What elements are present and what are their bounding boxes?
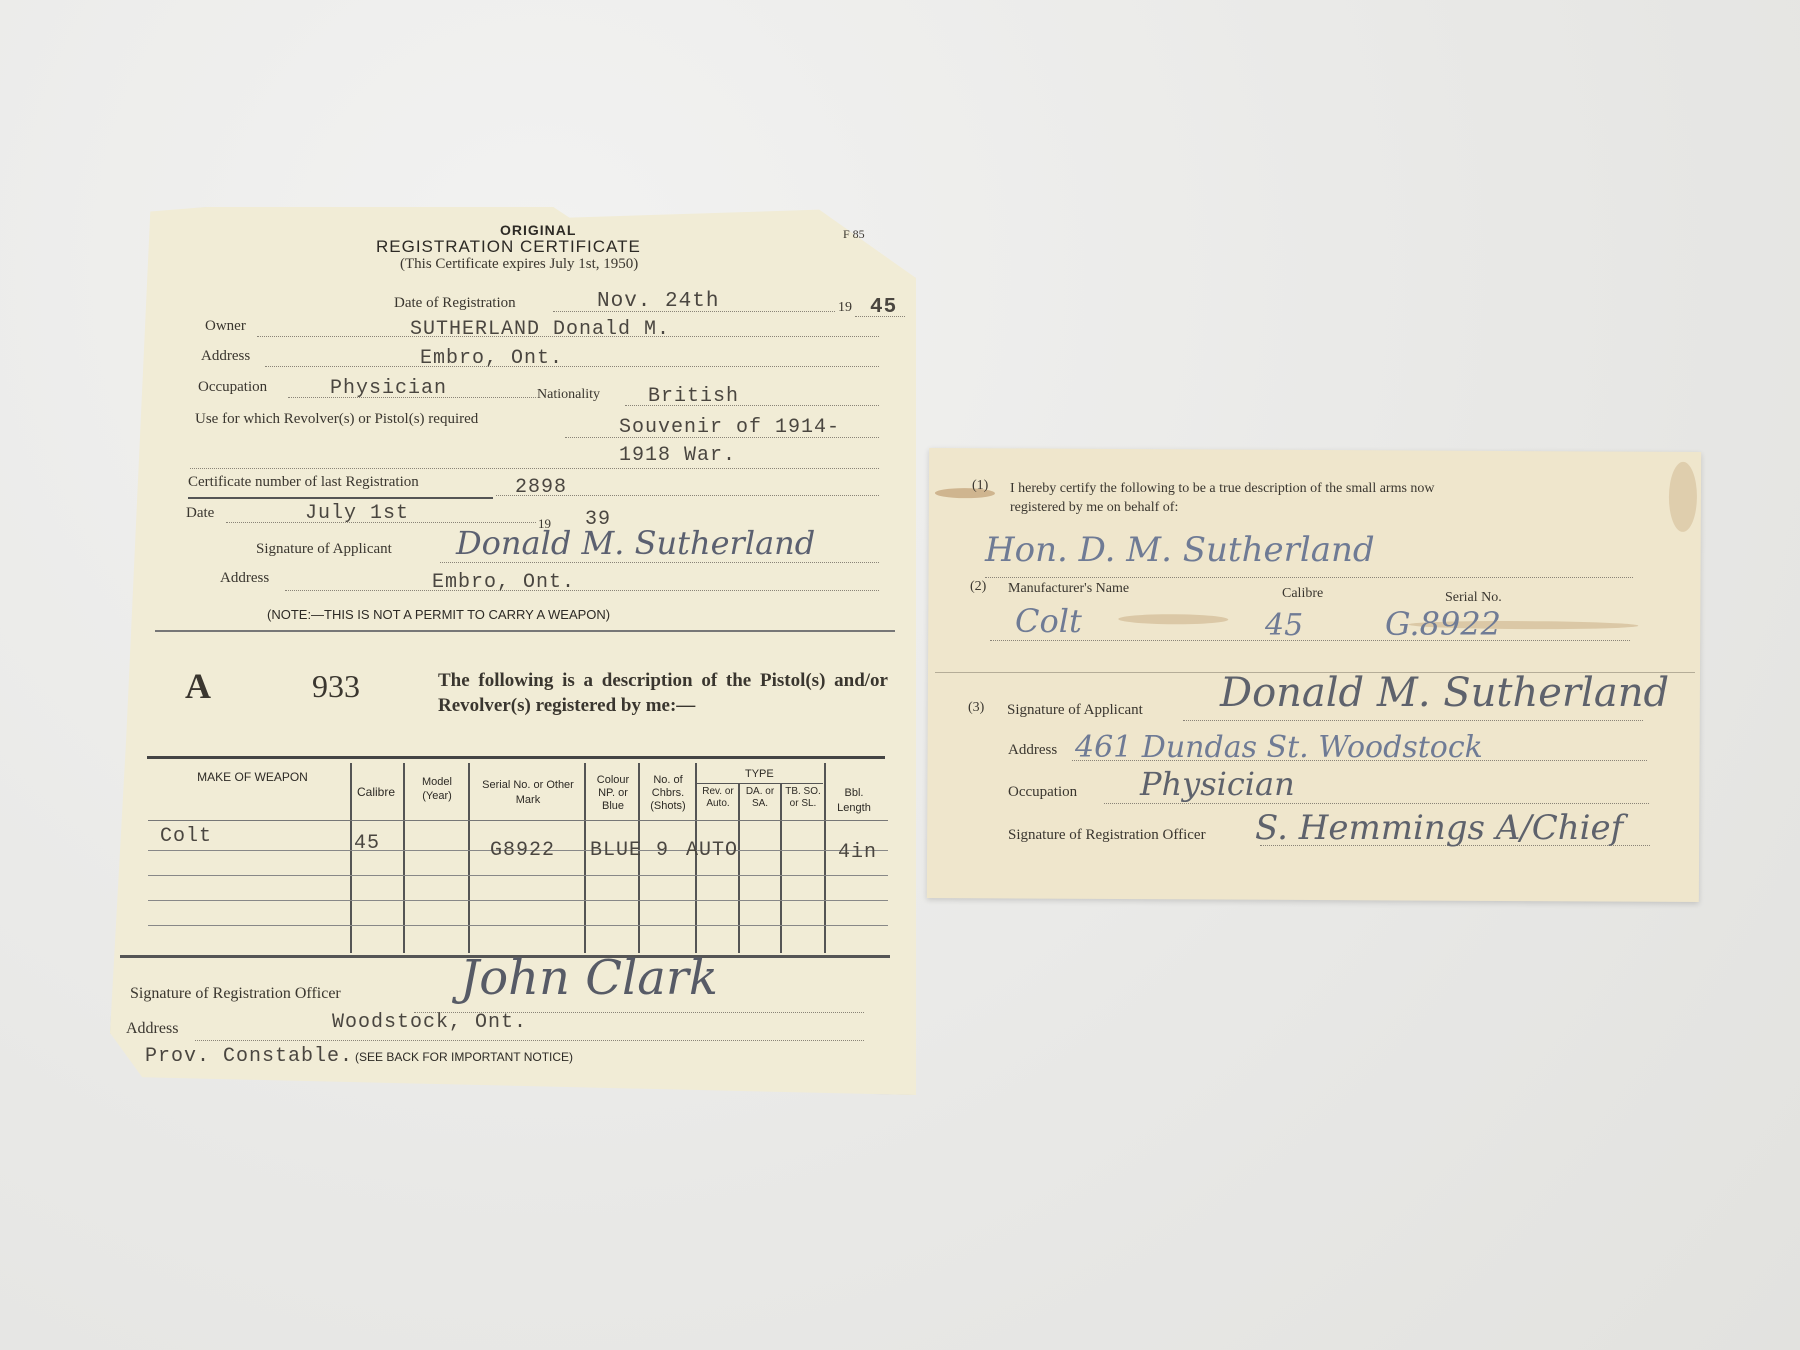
- serial-label: Serial No.: [1445, 590, 1502, 606]
- nationality-label: Nationality: [537, 387, 600, 403]
- header-title: REGISTRATION CERTIFICATE: [376, 237, 641, 257]
- stub-occupation-label: Occupation: [1008, 784, 1077, 801]
- signature-applicant-value: Donald M. Sutherland: [456, 524, 815, 562]
- col-type: TYPE: [745, 768, 774, 780]
- serial-value: G.8922: [1385, 605, 1501, 643]
- col-make: MAKE OF WEAPON: [190, 770, 315, 785]
- owner-value: SUTHERLAND Donald M.: [410, 318, 670, 341]
- col-rev-auto: Rev. or Auto.: [700, 786, 736, 810]
- cell-chambers: 9: [656, 839, 669, 862]
- calibre-label: Calibre: [1282, 586, 1323, 602]
- item1-text-line2: registered by me on behalf of:: [1010, 500, 1178, 516]
- use-value-line1: Souvenir of 1914-: [619, 416, 840, 439]
- cell-rev-auto: AUTO: [686, 839, 738, 862]
- header-original: ORIGINAL: [500, 222, 576, 238]
- form-number: F 85: [843, 227, 865, 242]
- stub-signature-applicant-value: Donald M. Sutherland: [1220, 670, 1669, 716]
- col-chambers: No. of Chbrs. (Shots): [644, 774, 692, 813]
- col-calibre: Calibre: [357, 785, 395, 799]
- stub-officer-value: S. Hemmings A/Chief: [1255, 808, 1623, 848]
- date-of-registration-value: Nov. 24th: [597, 290, 719, 313]
- item1-value: Hon. D. M. Sutherland: [985, 530, 1375, 570]
- col-tb-so-sl: TB. SO. or SL.: [783, 786, 823, 810]
- item3-number: (3): [968, 700, 984, 716]
- manufacturer-value: Colt: [1015, 602, 1082, 640]
- item1-number: (1): [972, 478, 988, 494]
- last-cert-value: 2898: [515, 476, 567, 499]
- use-value-line2: 1918 War.: [619, 444, 736, 467]
- stub-occupation-value: Physician: [1140, 765, 1295, 803]
- col-model: Model (Year): [411, 775, 463, 803]
- occupation-value: Physician: [330, 377, 447, 400]
- applicant-address-label: Address: [220, 570, 269, 587]
- stub-officer-label: Signature of Registration Officer: [1008, 827, 1206, 844]
- use-label: Use for which Revolver(s) or Pistol(s) r…: [195, 411, 478, 428]
- series-letter: A: [185, 665, 211, 707]
- officer-address-value: Woodstock, Ont.: [332, 1011, 527, 1034]
- not-a-permit-note: (NOTE:—THIS IS NOT A PERMIT TO CARRY A W…: [267, 607, 610, 622]
- applicant-address-value: Embro, Ont.: [432, 571, 575, 594]
- officer-address-label: Address: [126, 1020, 178, 1038]
- col-colour: Colour NP. or Blue: [591, 774, 635, 813]
- col-bbl: Bbl. Length: [832, 786, 876, 816]
- header-expires: (This Certificate expires July 1st, 1950…: [400, 256, 638, 273]
- cell-calibre: 45: [354, 832, 380, 855]
- stub-address-value: 461 Dundas St. Woodstock: [1075, 730, 1483, 765]
- address-label: Address: [201, 348, 250, 365]
- item2-number: (2): [970, 579, 986, 595]
- nationality-value: British: [648, 385, 739, 408]
- cert-number: 933: [312, 668, 360, 705]
- cell-bbl: 4in: [838, 841, 877, 864]
- date-value: July 1st: [305, 502, 409, 525]
- col-serial: Serial No. or Other Mark: [478, 778, 578, 808]
- officer-signature-label: Signature of Registration Officer: [130, 985, 341, 1003]
- description-text: The following is a description of the Pi…: [438, 668, 888, 718]
- owner-label: Owner: [205, 318, 246, 335]
- date-of-registration-label: Date of Registration: [394, 295, 516, 312]
- last-cert-label: Certificate number of last Registration: [188, 474, 419, 491]
- col-da-sa: DA. or SA.: [742, 786, 778, 810]
- item1-text-line1: I hereby certify the following to be a t…: [1010, 481, 1435, 497]
- cell-colour: BLUE: [590, 839, 642, 862]
- officer-signature-value: John Clark: [460, 950, 718, 1006]
- year-prefix: 19: [838, 300, 852, 316]
- back-notice: (SEE BACK FOR IMPORTANT NOTICE): [355, 1050, 573, 1064]
- stub-address-label: Address: [1008, 742, 1057, 759]
- signature-applicant-label: Signature of Applicant: [256, 541, 392, 558]
- cell-make: Colt: [160, 825, 212, 848]
- manufacturer-label: Manufacturer's Name: [1008, 581, 1129, 597]
- address-value: Embro, Ont.: [420, 347, 563, 370]
- occupation-label: Occupation: [198, 379, 267, 396]
- stub-signature-applicant-label: Signature of Applicant: [1007, 702, 1143, 719]
- officer-title: Prov. Constable.: [145, 1045, 353, 1068]
- cell-serial: G8922: [490, 839, 555, 862]
- calibre-value: 45: [1265, 608, 1303, 643]
- date-label: Date: [186, 505, 214, 522]
